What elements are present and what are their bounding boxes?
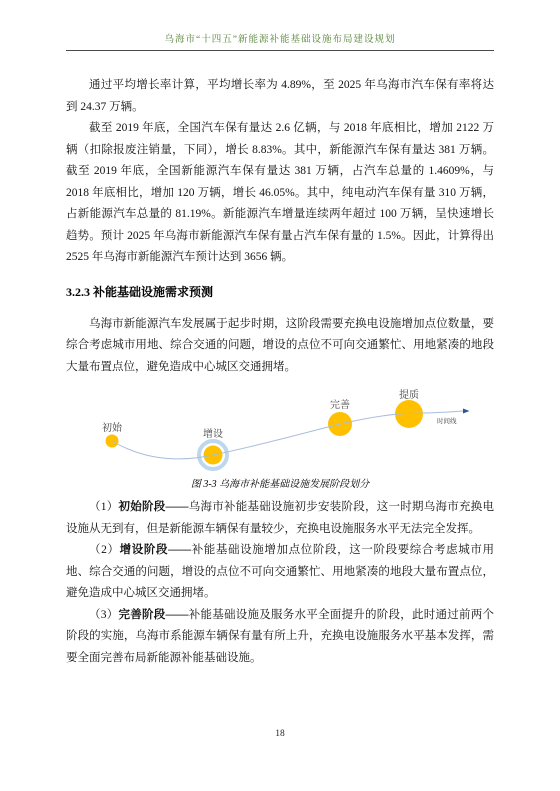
page-number: 18 [0,729,560,739]
document-page: 乌海市“十四五”新能源补能基础设施布局建设规划 通过平均增长率计算，平均增长率为… [0,0,560,791]
paragraph-growth-rate: 通过平均增长率计算，平均增长率为 4.89%，至 2025 年乌海市汽车保有率将… [66,75,494,118]
section-heading-3-2-3: 3.2.3 补能基础设施需求预测 [66,283,494,301]
running-header: 乌海市“十四五”新能源补能基础设施布局建设规划 [66,0,494,51]
stage-curve-diagram: 初始 增设 完善 提质 时间线 [66,387,494,475]
timeline-label: 时间线 [437,416,457,425]
stage-label-quality: 提质 [399,388,419,401]
paragraph-demand-intro: 乌海市新能源汽车发展属于起步时期，这阶段需要充换电设施增加点位数量，要综合考虑城… [66,314,494,379]
paragraph-stage-perfect: （3）完善阶段——补能基础设施及服务水平全面提升的阶段，此时通过前两个阶段的实施… [66,605,494,670]
paragraph-stage-initial: （1）初始阶段——乌海市补能基础设施初步安装阶段，这一时期乌海市充换电设施从无到… [66,497,494,540]
paragraph-stage-expand: （2）增设阶段——补能基础设施增加点位阶段，这一阶段要综合考虑城市用地、综合交通… [66,540,494,605]
stage3-number: （3） [89,609,119,621]
header-title: 乌海市“十四五”新能源补能基础设施布局建设规划 [165,35,396,45]
stage3-title: 完善阶段—— [119,609,189,621]
stage-label-initial: 初始 [102,421,123,434]
stage2-title: 增设阶段—— [120,544,191,556]
figure-caption: 图 3-3 乌海市补能基础设施发展阶段划分 [66,478,494,492]
paragraph-national-stats: 截至 2019 年底，全国汽车保有量达 2.6 亿辆，与 2018 年底相比，增… [66,118,494,269]
stage-label-perfect: 完善 [330,398,350,411]
stage-label-expand: 增设 [203,427,223,440]
page-content: 乌海市“十四五”新能源补能基础设施布局建设规划 通过平均增长率计算，平均增长率为… [66,0,494,669]
stage1-number: （1） [89,501,119,513]
stage2-number: （2） [89,544,120,556]
stage1-title: 初始阶段—— [119,501,189,513]
figure-development-stages: 初始 增设 完善 提质 时间线 图 3-3 乌海市补能基础设施发展阶段划分 [66,387,494,492]
timeline-arrow-icon [463,409,470,414]
